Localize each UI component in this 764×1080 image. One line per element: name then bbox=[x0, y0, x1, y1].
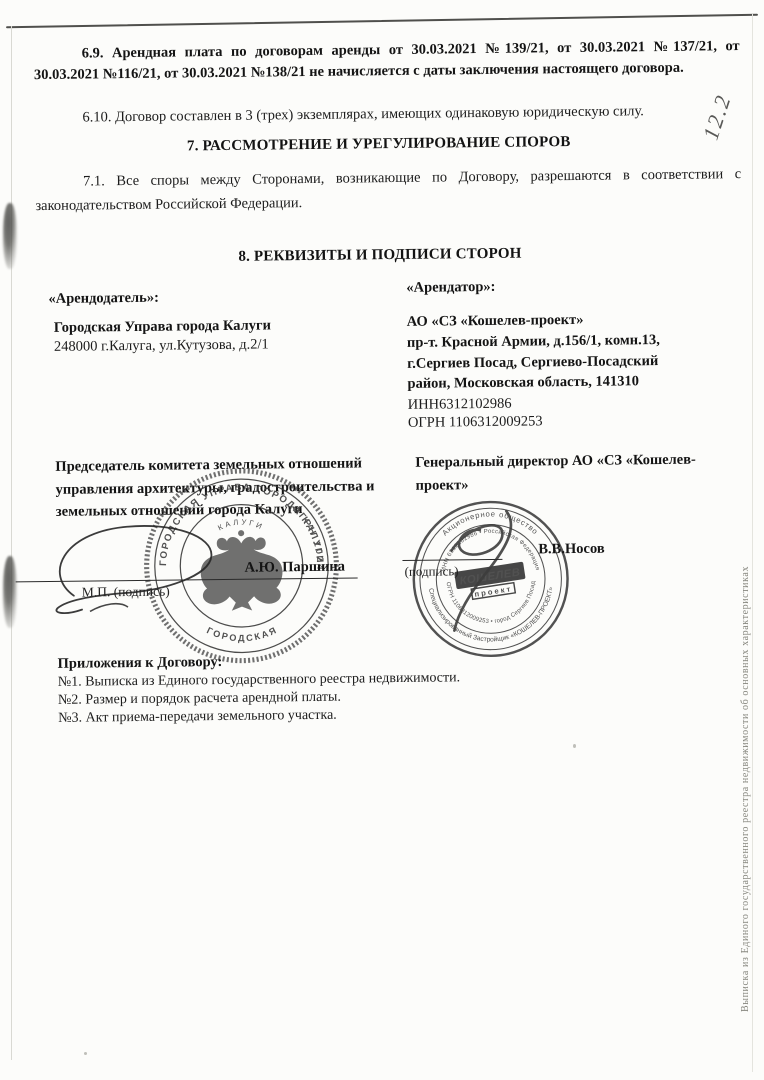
lessor-signer-name: А.Ю. Паршина bbox=[244, 559, 345, 577]
attachment-item-1: №1. Выписка из Единого государственного … bbox=[58, 670, 460, 691]
section-7-title: 7. РАССМОТРЕНИЕ И УРЕГУЛИРОВАНИЕ СПОРОВ bbox=[9, 132, 749, 157]
document-page: 12.2 Выписка из Единого государственного… bbox=[0, 0, 764, 1080]
lessee-signer-title: Генеральный директор АО «СЗ «Кошелев-про… bbox=[415, 448, 724, 497]
clause-6-9: 6.9. Арендная плата по договорам аренды … bbox=[34, 36, 740, 86]
lessee-seal-note: (подпись) bbox=[404, 563, 458, 580]
lessor-address: 248000 г.Калуга, ул.Кутузова, д.2/1 bbox=[54, 336, 269, 355]
attachments-title: Приложения к Договору: bbox=[58, 654, 223, 673]
attachment-item-2: №2. Размер и порядок расчета арендной пл… bbox=[58, 690, 341, 709]
lessee-inn: ИНН6312102986 bbox=[408, 396, 512, 414]
attachment-item-3: №3. Акт приема-передачи земельного участ… bbox=[58, 708, 337, 727]
clause-6-10: 6.10. Договор составлен в 3 (трех) экзем… bbox=[34, 100, 740, 129]
document-content: 6.9. Арендная плата по договорам аренды … bbox=[0, 0, 764, 1080]
lessee-role-label: «Арендатор»: bbox=[406, 279, 495, 297]
lessor-seal-note: М.П. (подпись) bbox=[82, 584, 170, 601]
section-8-title: 8. РЕКВИЗИТЫ И ПОДПИСИ СТОРОН bbox=[10, 243, 750, 268]
lessee-address-line-2: г.Сергиев Посад, Сергиево-Посадский bbox=[407, 353, 658, 373]
lessee-address-line-1: пр-т. Красной Армии, д.156/1, комн.13, bbox=[407, 332, 660, 352]
lessee-address-line-3: район, Московская область, 141310 bbox=[407, 373, 639, 393]
lessor-name: Городская Управа города Калуги bbox=[54, 317, 271, 336]
clause-7-1: 7.1. Все споры между Сторонами, возникаю… bbox=[35, 162, 741, 218]
lessee-signer-name: В.В.Носов bbox=[538, 541, 604, 559]
lessee-name: АО «СЗ «Кошелев-проект» bbox=[407, 312, 584, 331]
lessor-role-label: «Арендодатель»: bbox=[48, 290, 159, 308]
lessee-ogrn: ОГРН 1106312009253 bbox=[408, 413, 543, 432]
